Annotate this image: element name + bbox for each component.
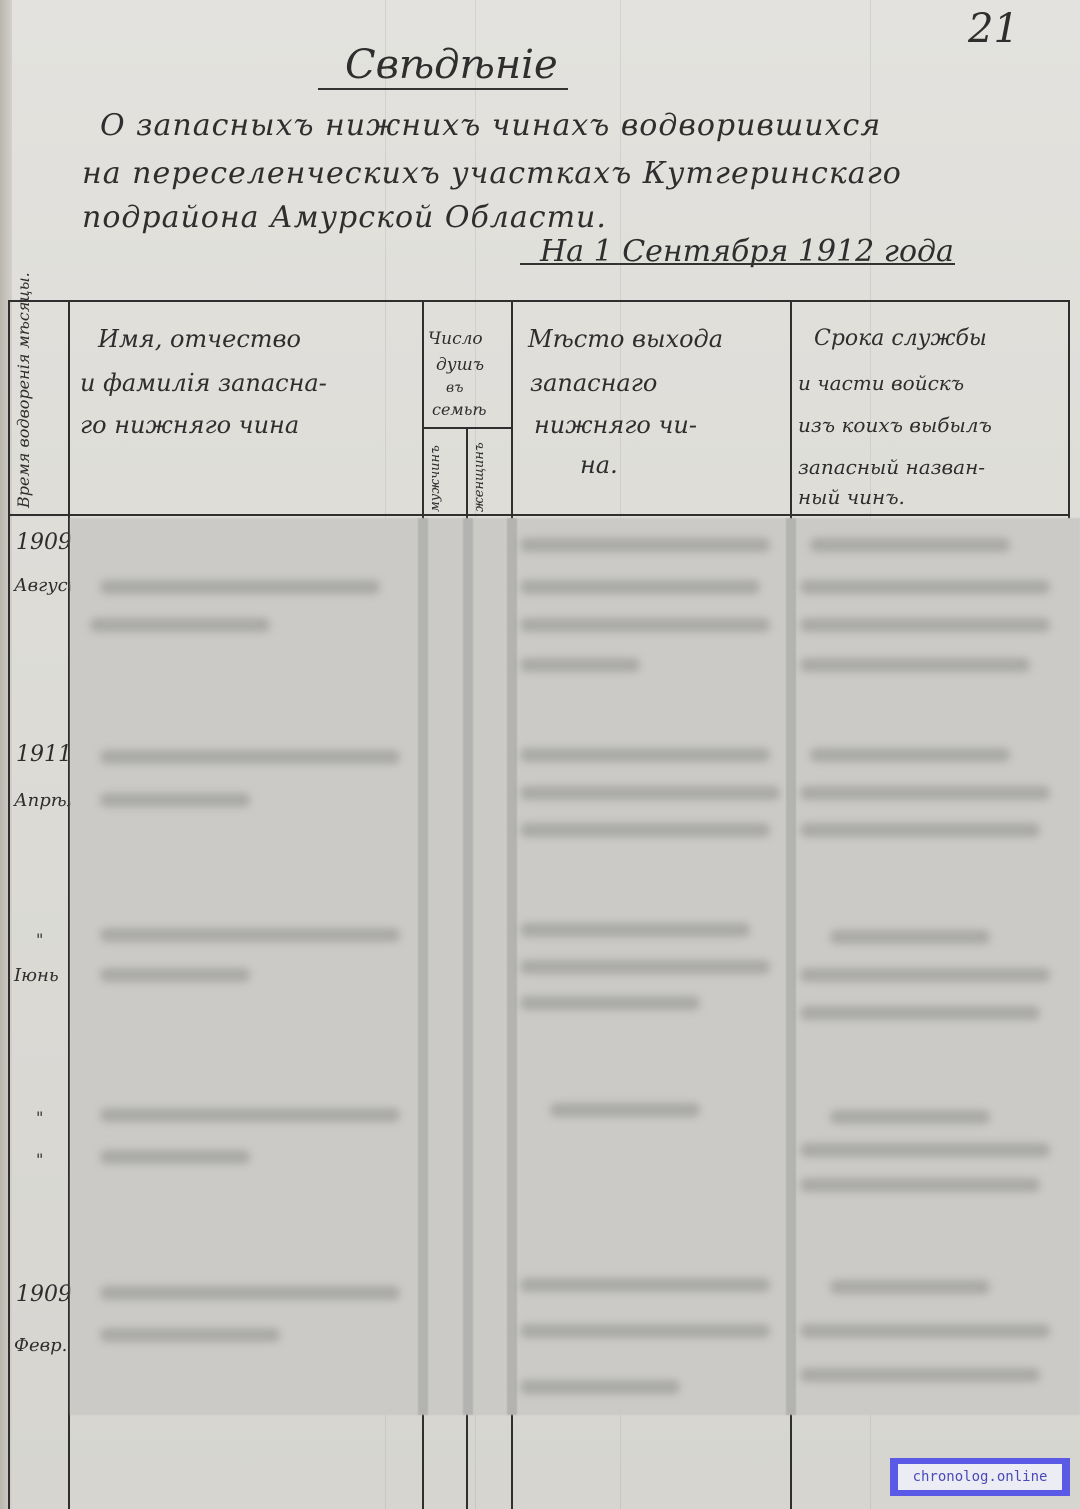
blurred-text (800, 1143, 1050, 1157)
blurred-text (520, 996, 700, 1010)
blurred-text (100, 580, 380, 594)
blurred-text (520, 1278, 770, 1292)
watermark-badge: chronolog.online (890, 1458, 1070, 1496)
blurred-text (800, 823, 1040, 837)
blurred-text (520, 960, 770, 974)
blurred-text (800, 1324, 1050, 1338)
blurred-text (520, 618, 770, 632)
subtitle-line-3: подрайона Амурской Области. (82, 200, 607, 235)
col-border (1068, 300, 1070, 520)
page-binding-edge (0, 0, 12, 1509)
subheader-border (422, 427, 512, 429)
blurred-text (830, 1280, 990, 1294)
blurred-text (520, 658, 640, 672)
blurred-text (830, 930, 990, 944)
blurred-text (810, 538, 1010, 552)
row-2-year: 1911 (16, 742, 72, 767)
document-title: Свѣдѣніе (345, 42, 558, 88)
col-border (8, 300, 10, 1509)
blurred-text (100, 793, 250, 807)
archive-page: 21 Свѣдѣніе О запасныхъ нижнихъ чинахъ в… (0, 0, 1080, 1509)
header-origin-line: Мѣсто выхода (528, 318, 723, 360)
subtitle-line-2: на переселенческихъ участкахъ Кутгеринск… (82, 156, 902, 191)
blurred-text (830, 1110, 990, 1124)
header-service-line: ный чинъ. (798, 482, 905, 512)
header-family-line: душъ (436, 350, 484, 380)
row-3-year: " (36, 930, 43, 949)
blurred-text (800, 658, 1030, 672)
blurred-text (100, 1108, 400, 1122)
blurred-text (100, 928, 400, 942)
blurred-text (520, 1324, 770, 1338)
header-service-line: Срока службы (814, 318, 987, 360)
page-number: 21 (968, 6, 1019, 52)
header-origin-line: нижняго чи- (534, 404, 697, 446)
watermark-text: chronolog.online (898, 1464, 1062, 1490)
blurred-text (100, 750, 400, 764)
blurred-text (520, 823, 770, 837)
blurred-text (100, 968, 250, 982)
blurred-text (810, 748, 1010, 762)
blurred-text (800, 618, 1050, 632)
blurred-text (550, 1103, 700, 1117)
row-3-month: Іюнь (14, 965, 59, 986)
blurred-text (520, 580, 760, 594)
blurred-col-line (786, 518, 796, 1415)
header-women: женщинъ (472, 442, 487, 512)
title-underline (318, 88, 568, 90)
blurred-text (800, 580, 1050, 594)
blurred-text (100, 1328, 280, 1342)
blurred-text (800, 968, 1050, 982)
blurred-text (800, 1368, 1040, 1382)
subtitle-line-1: О запасныхъ нижнихъ чинахъ водворившихся (100, 108, 881, 143)
header-service-line: изъ коихъ выбылъ (798, 404, 992, 446)
row-5-month: Февр. (14, 1335, 67, 1356)
row-4-year: " (36, 1108, 43, 1127)
header-origin-line: запаснаго (530, 362, 657, 404)
header-bottom-border (8, 514, 1070, 516)
blurred-text (800, 786, 1050, 800)
blurred-text (100, 1286, 400, 1300)
blurred-col-line (507, 518, 517, 1415)
blurred-text (800, 1178, 1040, 1192)
blurred-text (520, 1380, 680, 1394)
blurred-text (520, 786, 780, 800)
redacted-records (70, 518, 1080, 1415)
blurred-col-line (418, 518, 428, 1415)
header-settlement-time: Время водворенія мѣсяцы. (14, 272, 33, 508)
blurred-text (520, 538, 770, 552)
blurred-text (520, 748, 770, 762)
header-name-line: и фамилія запасна- (80, 362, 327, 404)
header-family-line: семьѣ (432, 396, 487, 424)
table-top-border (8, 300, 1070, 302)
date-underline (520, 263, 955, 265)
blurred-text (100, 1150, 250, 1164)
header-origin-line: на. (580, 444, 618, 486)
blurred-text (90, 618, 270, 632)
blurred-text (800, 1006, 1040, 1020)
blurred-text (520, 923, 750, 937)
header-name-line: Имя, отчество (98, 318, 301, 360)
header-name-line: го нижняго чина (80, 404, 299, 446)
blurred-col-line (463, 518, 473, 1415)
row-4-month: " (36, 1150, 43, 1169)
header-service-line: и части войскъ (798, 362, 964, 404)
header-men: мужчинъ (428, 445, 443, 512)
header-family-line: въ (446, 378, 463, 398)
